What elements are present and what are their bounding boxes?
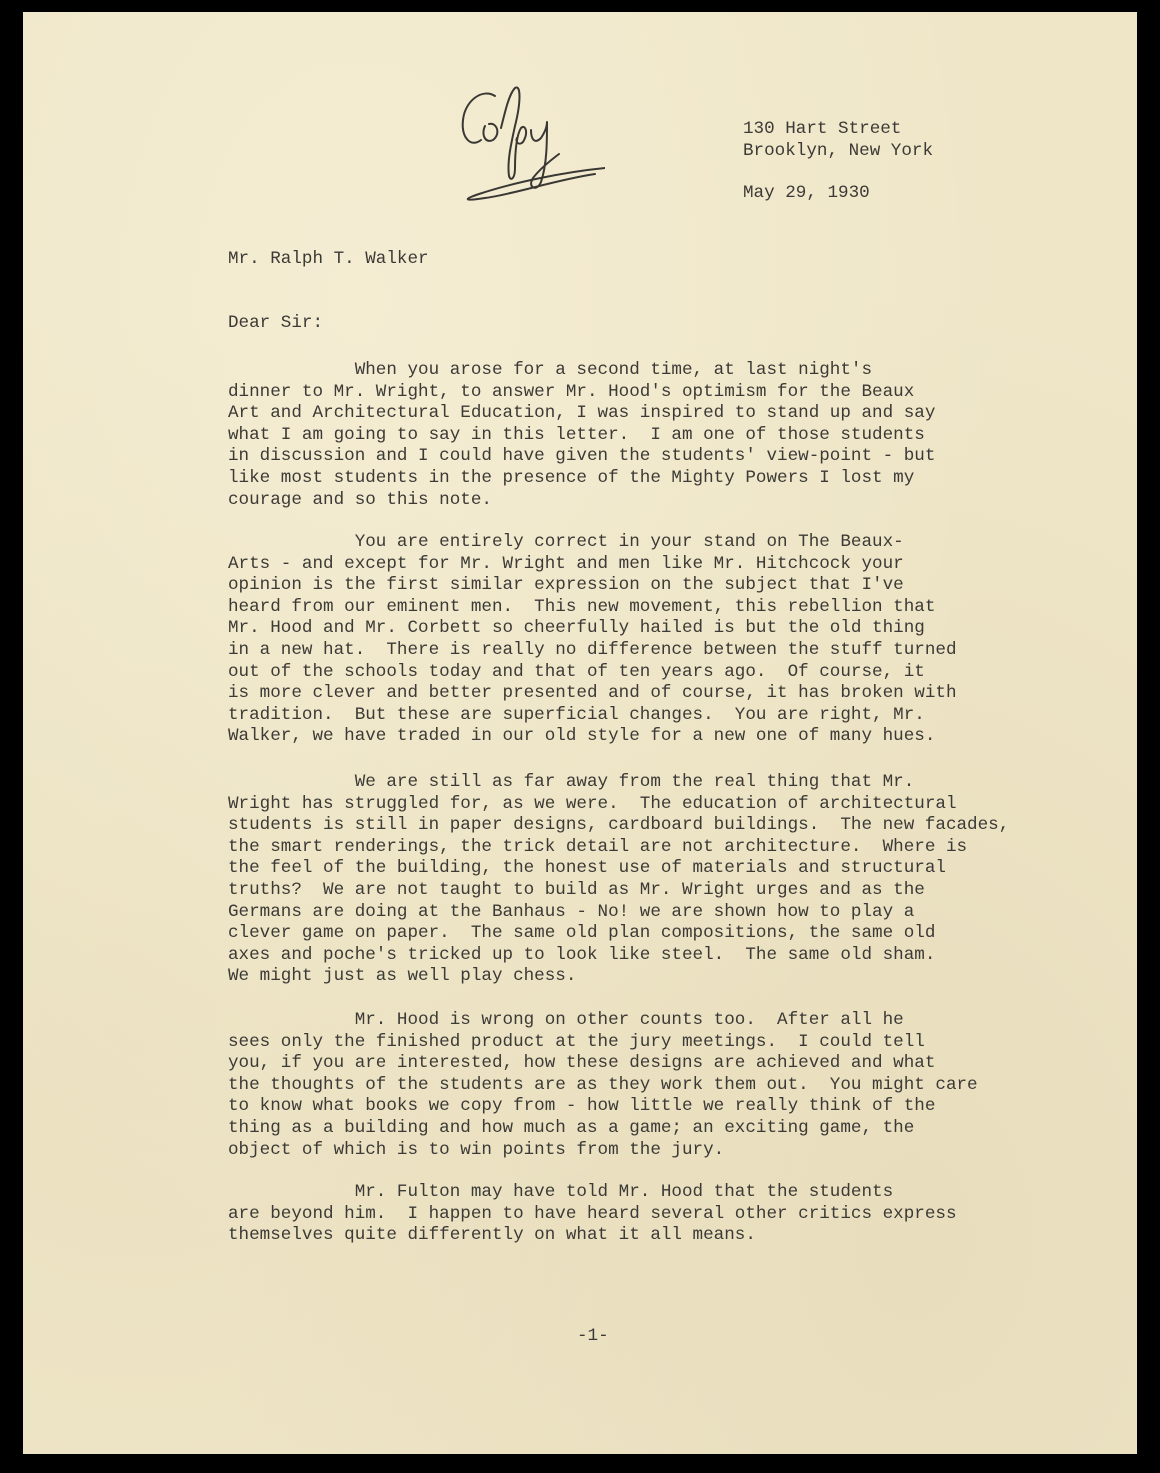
text-line: tradition. But these are superficial cha… [228,705,957,727]
paragraph-2: You are entirely correct in your stand o… [228,532,957,748]
text-line: heard from our eminent men. This new mov… [228,597,957,619]
paragraph-3: We are still as far away from the real t… [228,772,1009,988]
paragraph-5: Mr. Fulton may have told Mr. Hood that t… [228,1182,957,1247]
text-line: out of the schools today and that of ten… [228,662,957,684]
page-number: -1- [577,1326,609,1348]
text-line: We are still as far away from the real t… [228,772,1009,794]
text-line: When you arose for a second time, at las… [228,360,935,382]
text-line: like most students in the presence of th… [228,468,935,490]
text-line: courage and so this note. [228,490,935,512]
sender-address: 130 Hart Street Brooklyn, New York [743,118,933,162]
text-line: you, if you are interested, how these de… [228,1053,978,1075]
letter-date: May 29, 1930 [743,183,870,205]
text-line: opinion is the first similar expression … [228,575,957,597]
text-line: themselves quite differently on what it … [228,1225,957,1247]
sender-address-line2: Brooklyn, New York [743,141,933,161]
text-line: the thoughts of the students are as they… [228,1075,978,1097]
paragraph-4: Mr. Hood is wrong on other counts too. A… [228,1010,978,1161]
text-line: axes and poche's tricked up to look like… [228,945,1009,967]
text-line: in a new hat. There is really no differe… [228,640,957,662]
text-line: to know what books we copy from - how li… [228,1096,978,1118]
text-line: Mr. Hood is wrong on other counts too. A… [228,1010,978,1032]
text-line: the feel of the building, the honest use… [228,858,1009,880]
text-line: students is still in paper designs, card… [228,815,1009,837]
text-line: Mr. Hood and Mr. Corbett so cheerfully h… [228,618,957,640]
text-line: the smart renderings, the trick detail a… [228,837,1009,859]
paragraph-1: When you arose for a second time, at las… [228,360,935,511]
text-line: Arts - and except for Mr. Wright and men… [228,554,957,576]
text-line: Art and Architectural Education, I was i… [228,403,935,425]
text-line: clever game on paper. The same old plan … [228,923,1009,945]
text-line: what I am going to say in this letter. I… [228,425,935,447]
text-line: Mr. Fulton may have told Mr. Hood that t… [228,1182,957,1204]
text-line: object of which is to win points from th… [228,1140,978,1162]
text-line: Germans are doing at the Banhaus - No! w… [228,902,1009,924]
text-line: sees only the finished product at the ju… [228,1032,978,1054]
text-line: thing as a building and how much as a ga… [228,1118,978,1140]
sender-address-line1: 130 Hart Street [743,119,901,139]
text-line: is more clever and better presented and … [228,683,957,705]
recipient-name: Mr. Ralph T. Walker [228,249,429,271]
salutation: Dear Sir: [228,313,323,335]
text-line: truths? We are not taught to build as Mr… [228,880,1009,902]
text-line: Wright has struggled for, as we were. Th… [228,794,1009,816]
text-line: are beyond him. I happen to have heard s… [228,1204,957,1226]
text-line: You are entirely correct in your stand o… [228,532,957,554]
handwritten-copy-annotation [455,82,605,202]
text-line: in discussion and I could have given the… [228,446,935,468]
text-line: Walker, we have traded in our old style … [228,726,957,748]
text-line: dinner to Mr. Wright, to answer Mr. Hood… [228,382,935,404]
text-line: We might just as well play chess. [228,966,1009,988]
